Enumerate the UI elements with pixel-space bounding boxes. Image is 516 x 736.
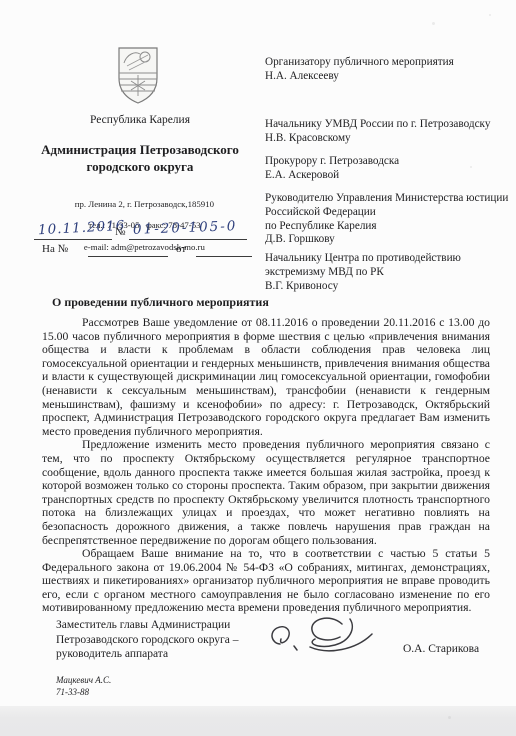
recipient-line: Организатору публичного мероприятия xyxy=(265,56,513,70)
recipient-justice-ministry: Руководителю Управления Министерства юст… xyxy=(265,192,513,247)
executor-name: Мацкевич А.С. xyxy=(56,675,111,687)
recipient-umvd-chief: Начальнику УМВД России по г. Петрозаводс… xyxy=(265,118,513,146)
signer-position: Заместитель главы Администрации Петрозав… xyxy=(56,618,286,662)
body-paragraph: Рассмотрев Ваше уведомление от 08.11.201… xyxy=(42,316,490,438)
letter-body: Рассмотрев Ваше уведомление от 08.11.201… xyxy=(42,316,490,615)
organization-name-line1: Администрация Петрозаводского xyxy=(41,142,239,157)
scan-noise-dot xyxy=(489,14,491,16)
recipient-prosecutor: Прокурору г. Петрозаводска Е.А. Аскерово… xyxy=(265,155,513,183)
signer-position-line: руководитель аппарата xyxy=(56,647,286,662)
recipient-line: по Республике Карелия xyxy=(265,220,513,234)
scan-edge-strip xyxy=(0,706,516,736)
body-paragraph: Обращаем Ваше внимание на то, что в соот… xyxy=(42,547,490,615)
number-sign: № xyxy=(115,226,126,238)
signer-position-line: Петрозаводского городского округа – xyxy=(56,633,286,648)
executor-info: Мацкевич А.С. 71-33-88 xyxy=(56,675,111,698)
recipient-line: Н.В. Красовскому xyxy=(265,132,513,146)
scan-noise-dot xyxy=(470,166,472,168)
recipient-line: Начальнику УМВД России по г. Петрозаводс… xyxy=(265,118,513,132)
body-paragraph: Предложение изменить место проведения пу… xyxy=(42,438,490,547)
recipient-line: экстремизму МВД по РК xyxy=(265,266,513,280)
recipient-line: Прокурору г. Петрозаводска xyxy=(265,155,513,169)
reference-date-blank xyxy=(196,256,252,257)
date-underline xyxy=(34,239,112,240)
letter-subject: О проведении публичного мероприятия xyxy=(52,295,472,310)
reference-date-label: от xyxy=(176,243,186,255)
recipient-organizer: Организатору публичного мероприятия Н.А.… xyxy=(265,56,513,84)
signer-position-line: Заместитель главы Администрации xyxy=(56,618,286,633)
recipient-line: Начальнику Центра по противодействию xyxy=(265,252,513,266)
scan-noise-dot xyxy=(448,716,451,719)
number-underline xyxy=(129,239,247,240)
recipient-line: Д.В. Горшкову xyxy=(265,233,513,247)
reference-number-label: На № xyxy=(42,243,68,255)
signer-name: О.А. Старикова xyxy=(403,643,479,655)
reference-number-blank xyxy=(88,256,168,257)
scan-noise-dot xyxy=(432,22,435,25)
recipient-line: Н.А. Алексееву xyxy=(265,70,513,84)
organization-name-line2: городского округа xyxy=(87,159,194,174)
recipient-anti-extremism-center: Начальнику Центра по противодействию экс… xyxy=(265,252,513,293)
letterhead-address: пр. Ленина 2, г. Петрозаводск,185910 xyxy=(75,199,214,209)
coat-of-arms-icon xyxy=(114,45,162,105)
recipient-line: Российской Федерации xyxy=(265,206,513,220)
signature-icon xyxy=(258,610,388,662)
recipient-line: В.Г. Кривоносу xyxy=(265,280,513,294)
letterhead-email: e-mail: adm@petrozavodsk-mo.ru xyxy=(84,242,205,252)
scanned-letter-page: Республика Карелия Администрация Петроза… xyxy=(0,0,516,736)
executor-phone: 71-33-88 xyxy=(56,687,111,699)
region-name: Республика Карелия xyxy=(20,114,260,126)
organization-name: Администрация Петрозаводского городского… xyxy=(12,142,268,175)
recipient-line: Руководителю Управления Министерства юст… xyxy=(265,192,513,206)
recipient-line: Е.А. Аскеровой xyxy=(265,169,513,183)
